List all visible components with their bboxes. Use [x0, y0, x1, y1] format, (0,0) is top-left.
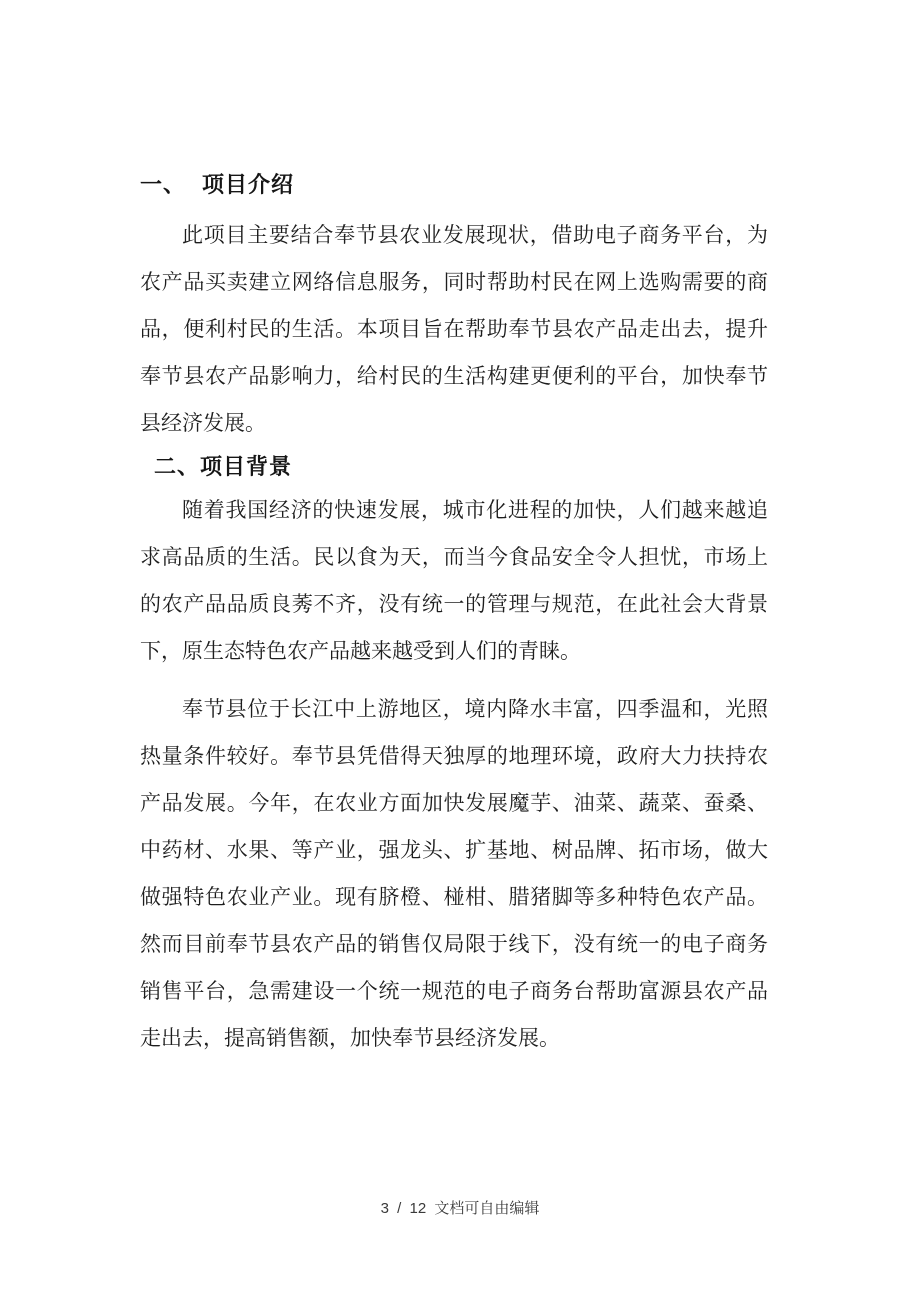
text-line: 做强特色农业产业。现有脐橙、椪柑、腊猪脚等多种特色农产品。	[140, 874, 768, 921]
text-line: 销售平台，急需建设一个统一规范的电子商务台帮助富源县农产品	[140, 968, 768, 1015]
text-line: 品，便利村民的生活。本项目旨在帮助奉节县农产品走出去，提升	[140, 306, 768, 353]
text-line: 奉节县位于长江中上游地区，境内降水丰富，四季温和，光照	[140, 686, 768, 733]
section-1-heading: 一、项目介绍	[140, 170, 768, 200]
text-line: 产品发展。今年，在农业方面加快发展魔芋、油菜、蔬菜、蚕桑、	[140, 780, 768, 827]
footer-separator: /	[397, 1200, 401, 1217]
text-line: 县经济发展。	[140, 400, 768, 447]
section-1-paragraph: 此项目主要结合奉节县农业发展现状，借助电子商务平台，为农产品买卖建立网络信息服务…	[140, 212, 768, 447]
section-1-title: 项目介绍	[202, 172, 294, 197]
text-line: 走出去，提高销售额，加快奉节县经济发展。	[140, 1015, 768, 1062]
section-2-title: 项目背景	[200, 454, 292, 479]
text-line: 然而目前奉节县农产品的销售仅局限于线下，没有统一的电子商务	[140, 921, 768, 968]
page-footer: 3 / 12 文档可自由编辑	[0, 1198, 920, 1220]
section-2-paragraph-1: 随着我国经济的快速发展，城市化进程的加快，人们越来越追求高品质的生活。民以食为天…	[140, 487, 768, 675]
document-body: 一、项目介绍 此项目主要结合奉节县农业发展现状，借助电子商务平台，为农产品买卖建…	[140, 0, 768, 1062]
footer-total-pages: 12	[409, 1200, 426, 1217]
section-2-heading: 二、项目背景	[154, 452, 768, 482]
text-line: 中药材、水果、等产业，强龙头、扩基地、树品牌、拓市场，做大	[140, 827, 768, 874]
text-line: 农产品买卖建立网络信息服务，同时帮助村民在网上选购需要的商	[140, 259, 768, 306]
footer-note: 文档可自由编辑	[434, 1200, 539, 1217]
text-line: 的农产品品质良莠不齐，没有统一的管理与规范，在此社会大背景	[140, 581, 768, 628]
text-line: 随着我国经济的快速发展，城市化进程的加快，人们越来越追	[140, 487, 768, 534]
footer-page-number: 3	[381, 1200, 389, 1217]
text-line: 热量条件较好。奉节县凭借得天独厚的地理环境，政府大力扶持农	[140, 733, 768, 780]
text-line: 下，原生态特色农产品越来越受到人们的青睐。	[140, 628, 768, 675]
text-line: 求高品质的生活。民以食为天，而当今食品安全令人担忧，市场上	[140, 534, 768, 581]
text-line: 此项目主要结合奉节县农业发展现状，借助电子商务平台，为	[140, 212, 768, 259]
document-page: 一、项目介绍 此项目主要结合奉节县农业发展现状，借助电子商务平台，为农产品买卖建…	[0, 0, 920, 1302]
section-2-paragraph-2: 奉节县位于长江中上游地区，境内降水丰富，四季温和，光照热量条件较好。奉节县凭借得…	[140, 686, 768, 1062]
section-1-number: 一、	[140, 172, 186, 197]
text-line: 奉节县农产品影响力，给村民的生活构建更便利的平台，加快奉节	[140, 353, 768, 400]
section-2-number: 二、	[154, 454, 200, 479]
